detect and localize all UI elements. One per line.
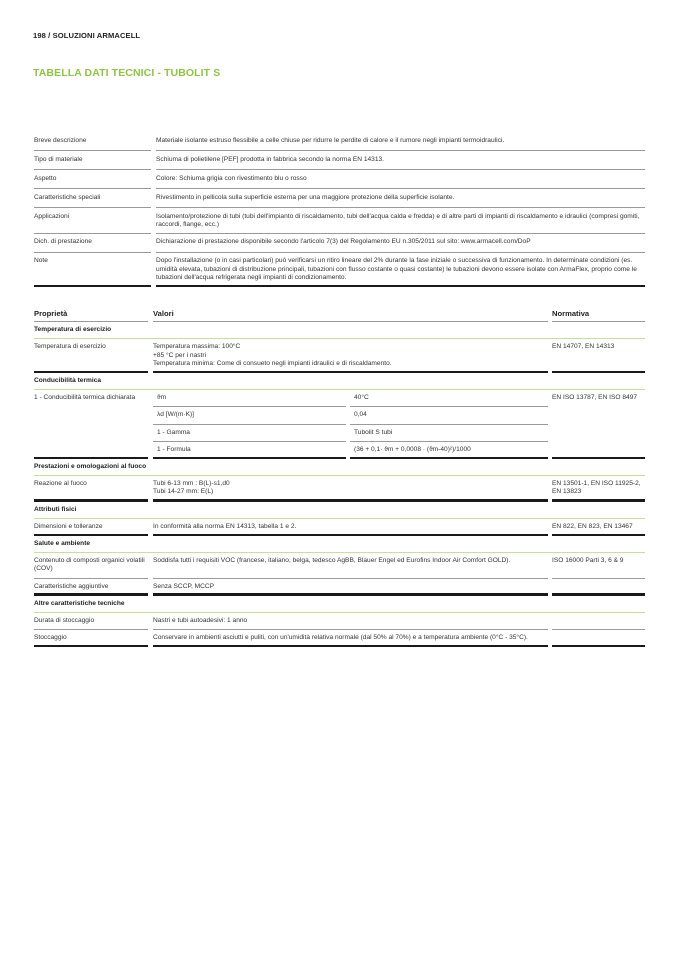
- property: Dimensioni e tolleranze: [34, 519, 148, 536]
- row-label: Caratteristiche speciali: [34, 189, 151, 208]
- section-conductivity: Conducibilità termica: [34, 373, 645, 390]
- table-row: Temperatura di esercizio Temperatura mas…: [34, 339, 645, 373]
- property: Temperatura di esercizio: [34, 339, 148, 373]
- standard: [552, 579, 645, 596]
- row-label: Aspetto: [34, 170, 151, 189]
- row-label: Note: [34, 253, 151, 287]
- section-fire: Prestazioni e omologazioni al fuoco: [34, 459, 645, 476]
- row-value: Dichiarazione di prestazione disponibile…: [156, 234, 645, 253]
- table-row: Dimensioni e tolleranze In conformità al…: [34, 519, 645, 536]
- conductivity-subtable: ϑm 40°C λd [W/(m·K)] 0,04 1 - Gamma Tubo…: [153, 390, 548, 459]
- table-row: Caratteristiche speciali Rivestimento in…: [34, 189, 645, 208]
- table-row: 1 - Conducibilità termica dichiarata ϑm …: [34, 390, 645, 459]
- table-row: Reazione al fuoco Tubi 6-13 mm : B(L)-s1…: [34, 476, 645, 501]
- value: Soddisfa tutti i requisiti VOC (francese…: [153, 553, 548, 578]
- value: Tubi 6-13 mm : B(L)-s1,d0 Tubi 14-27 mm:…: [153, 476, 548, 501]
- sub-key: 1 - Gamma: [153, 425, 346, 442]
- header-values: Valori: [153, 307, 548, 322]
- section-temperature: Temperatura di esercizio: [34, 322, 645, 339]
- sub-value: Tubolit S tubi: [350, 425, 548, 442]
- row-label: Dich. di prestazione: [34, 234, 151, 253]
- standard-text: EN ISO 13787, EN ISO 8497: [552, 394, 637, 401]
- sub-value: 40°C: [350, 390, 548, 407]
- row-value: Materiale isolante estruso flessibile a …: [156, 132, 645, 151]
- property: Stoccaggio: [34, 630, 148, 647]
- row-label: Tipo di materiale: [34, 151, 151, 170]
- property: Caratteristiche aggiuntive: [34, 579, 148, 596]
- table-row: Durata di stoccaggio Nastri e tubi autoa…: [34, 613, 645, 630]
- sub-value: 0,04: [350, 407, 548, 424]
- row-value: Dopo l'installazione (o in casi particol…: [156, 253, 645, 287]
- row-label: Breve descrizione: [34, 132, 151, 151]
- property: Reazione al fuoco: [34, 476, 148, 501]
- standard: EN 822, EN 823, EN 13467: [552, 519, 645, 536]
- section-physical: Attributi fisici: [34, 502, 645, 519]
- table-row: Tipo di materiale Schiuma di polietilene…: [34, 151, 645, 170]
- table-row: Applicazioni Isolamento/protezione di tu…: [34, 208, 645, 234]
- sub-key: ϑm: [153, 390, 346, 407]
- property-text: 1 - Conducibilità termica dichiarata: [34, 394, 135, 401]
- sub-key: 1 - Formula: [153, 442, 346, 459]
- table-row: Note Dopo l'installazione (o in casi par…: [34, 253, 645, 287]
- subtable-row: 1 - Formula (36 + 0,1· ϑm + 0,0008 · (ϑm…: [153, 442, 548, 459]
- standard: EN ISO 13787, EN ISO 8497: [552, 390, 645, 459]
- table-row: Aspetto Colore: Schiuma grigia con rives…: [34, 170, 645, 189]
- description-table: Breve descrizione Materiale isolante est…: [34, 132, 645, 287]
- header-standard: Normativa: [552, 307, 645, 322]
- value: In conformità alla norma EN 14313, tabel…: [153, 519, 548, 536]
- section-other: Altre caratteristiche tecniche: [34, 596, 645, 613]
- page-header: 198 / SOLUZIONI ARMACELL: [33, 31, 140, 40]
- page-title: TABELLA DATI TECNICI - TUBOLIT S: [33, 67, 220, 79]
- standard: [552, 630, 645, 647]
- standard: [552, 613, 645, 630]
- table-row: Caratteristiche aggiuntive Senza SCCP, M…: [34, 579, 645, 596]
- property: Contenuto di composti organici volatili …: [34, 553, 148, 578]
- standard: EN 14707, EN 14313: [552, 339, 645, 373]
- value: Temperatura massima: 100°C +85 °C per i …: [153, 339, 548, 373]
- table-row: Breve descrizione Materiale isolante est…: [34, 132, 645, 151]
- standard: ISO 16000 Parti 3, 6 & 9: [552, 553, 645, 578]
- row-label: Applicazioni: [34, 208, 151, 234]
- standard: EN 13501-1, EN ISO 11925-2, EN 13823: [552, 476, 645, 501]
- section-health: Salute e ambiente: [34, 536, 645, 553]
- value: Nastri e tubi autoadesivi: 1 anno: [153, 613, 548, 630]
- row-value: Rivestimento in pellicola sulla superfic…: [156, 189, 645, 208]
- row-value: Colore: Schiuma grigia con rivestimento …: [156, 170, 645, 189]
- row-value: Isolamento/protezione di tubi (tubi dell…: [156, 208, 645, 234]
- subtable-row: λd [W/(m·K)] 0,04: [153, 407, 548, 424]
- sub-value: (36 + 0,1· ϑm + 0,0008 · (ϑm-40)²)/1000: [350, 442, 548, 459]
- table-header: Proprietà Valori Normativa: [34, 307, 645, 322]
- property: Durata di stoccaggio: [34, 613, 148, 630]
- table-row: Contenuto di composti organici volatili …: [34, 553, 645, 578]
- subtable-row: 1 - Gamma Tubolit S tubi: [153, 425, 548, 442]
- header-property: Proprietà: [34, 307, 148, 322]
- value: Senza SCCP, MCCP: [153, 579, 548, 596]
- subtable-row: ϑm 40°C: [153, 390, 548, 407]
- table-row: Dich. di prestazione Dichiarazione di pr…: [34, 234, 645, 253]
- sub-key: λd [W/(m·K)]: [153, 407, 346, 424]
- row-value: Schiuma di polietilene [PEF] prodotta in…: [156, 151, 645, 170]
- value: Conservare in ambienti asciutti e puliti…: [153, 630, 548, 647]
- table-row: Stoccaggio Conservare in ambienti asciut…: [34, 630, 645, 647]
- property: 1 - Conducibilità termica dichiarata: [34, 390, 148, 459]
- properties-table: Proprietà Valori Normativa Temperatura d…: [34, 307, 645, 647]
